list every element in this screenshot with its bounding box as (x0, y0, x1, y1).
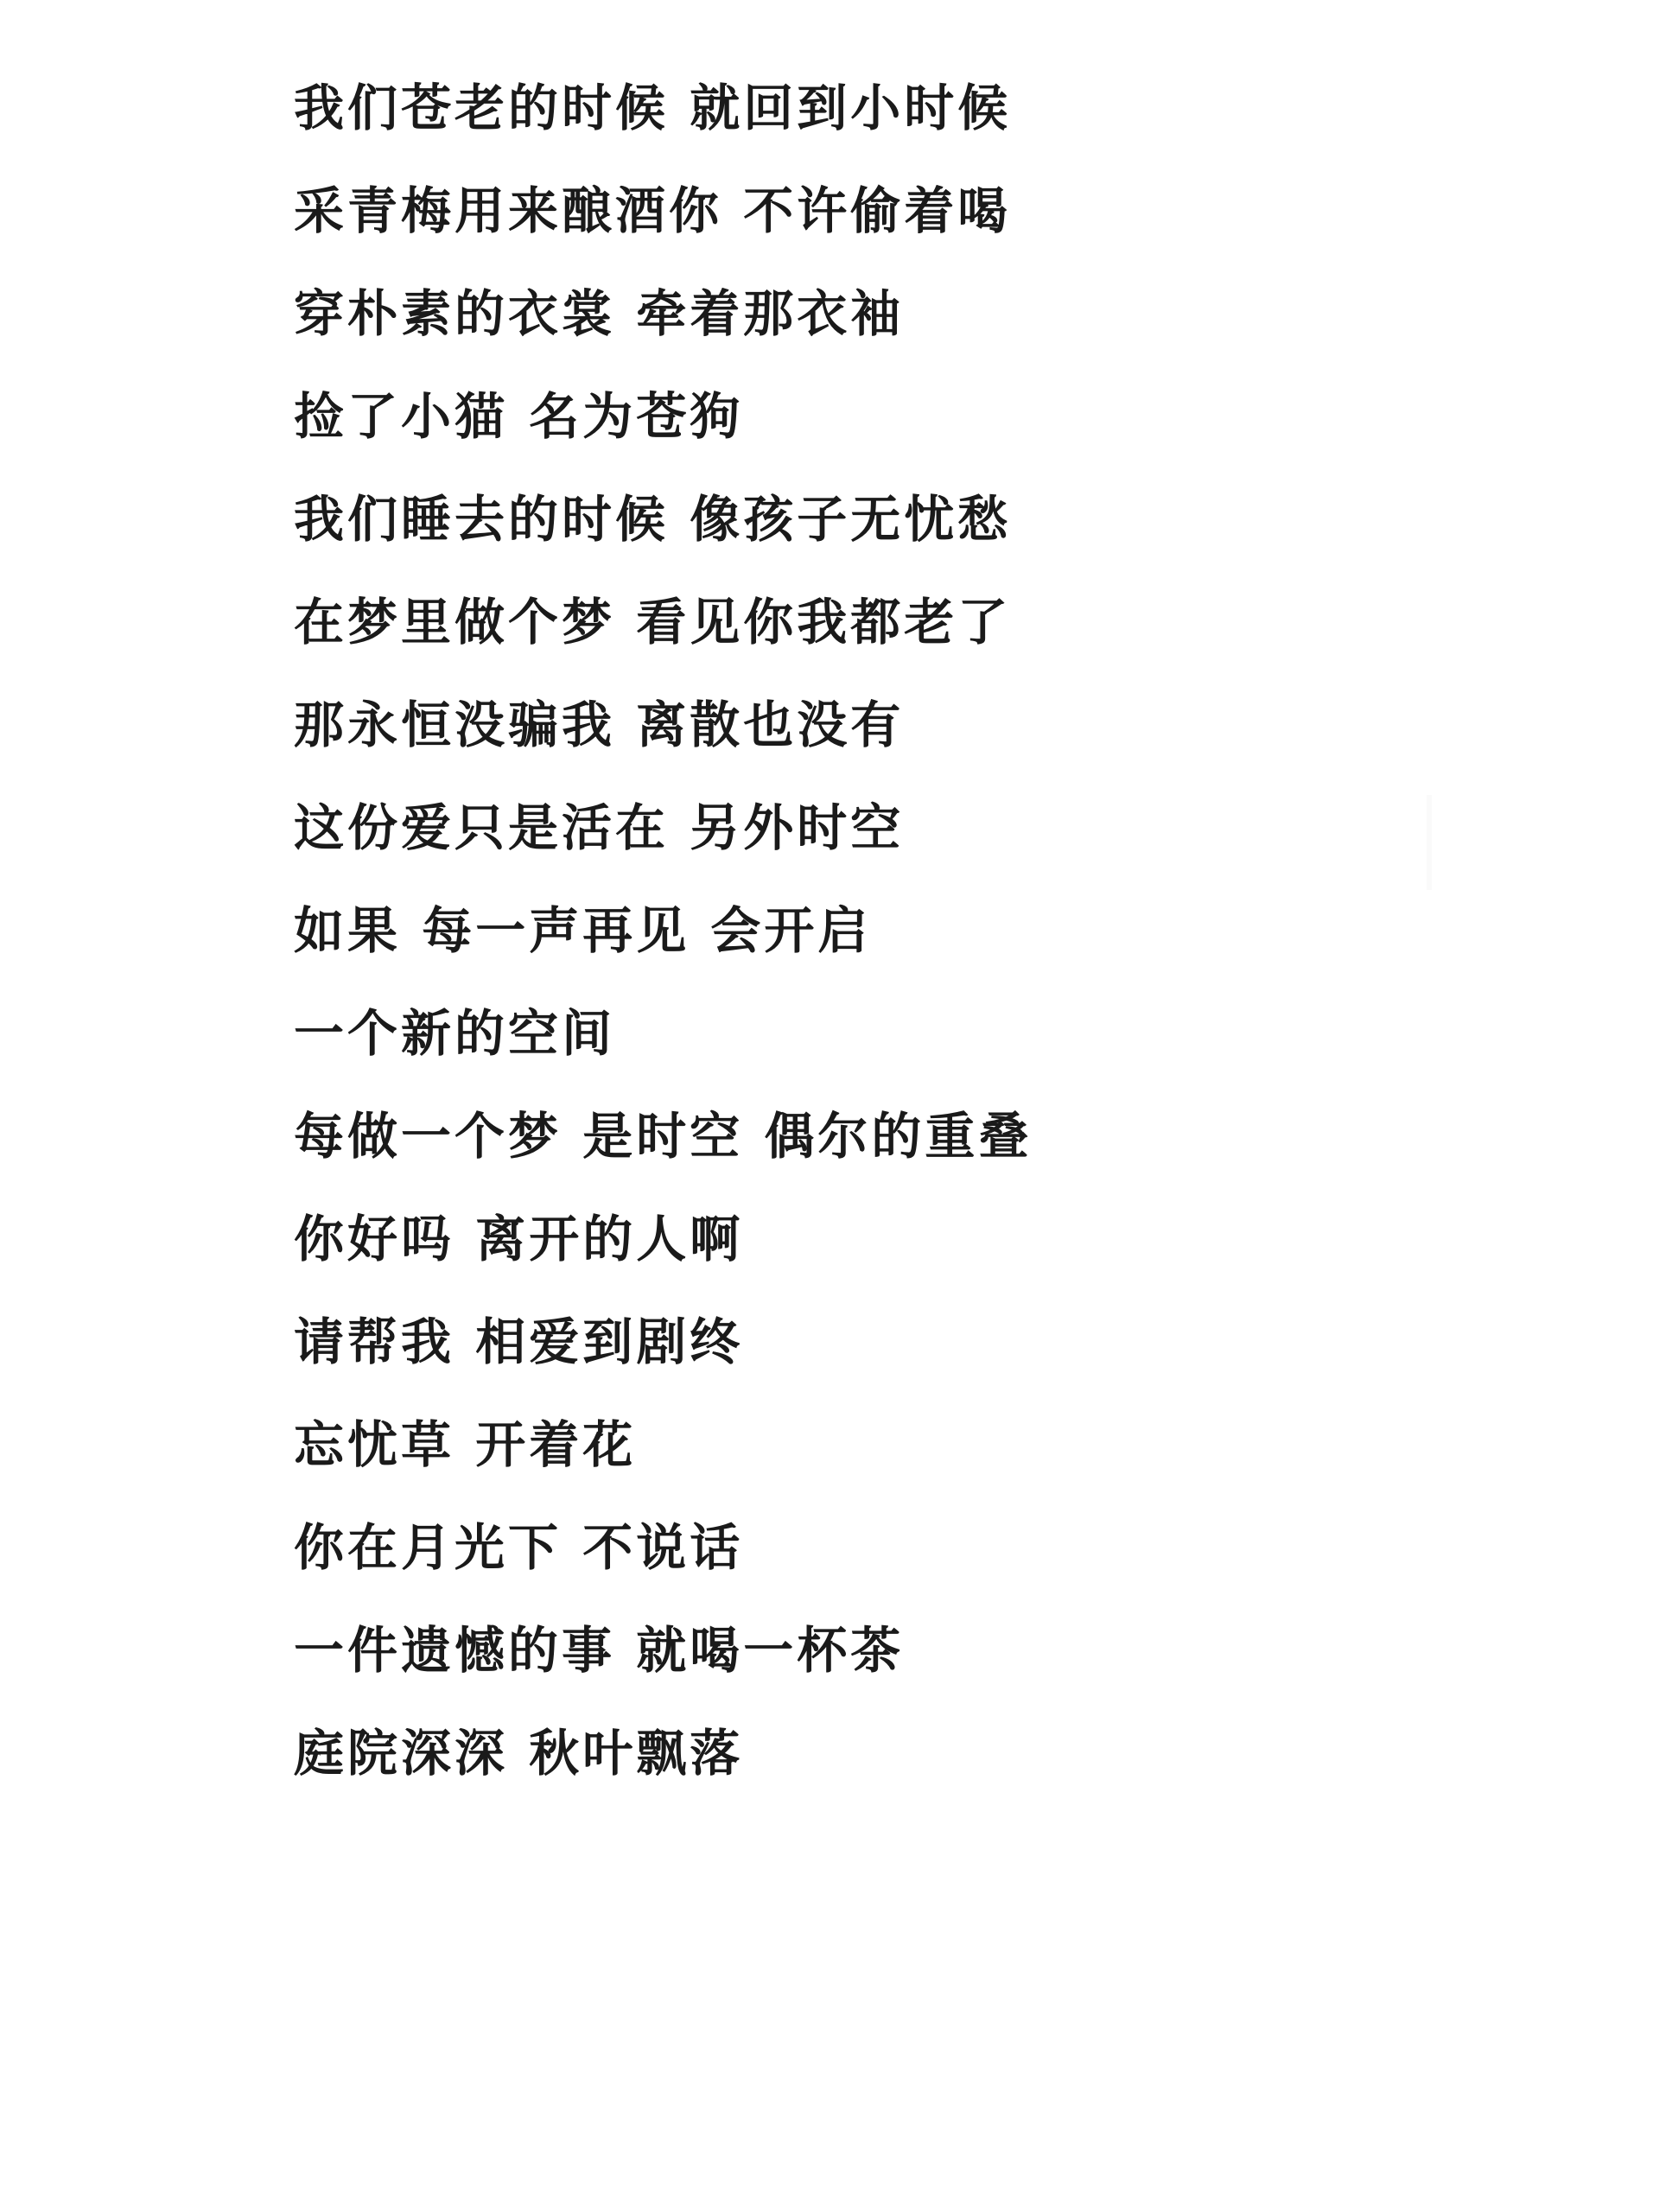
lyric-line: 那永恒没骗我 离散也没有 (294, 674, 1032, 777)
lyric-line: 你好吗 离开的人啊 (294, 1188, 1032, 1291)
scan-artifact (1427, 795, 1432, 890)
lyric-line: 捡了小猫 名为苍狗 (294, 365, 1032, 468)
lyric-line: 穿朴素的衣裳 牵着那衣袖 (294, 263, 1032, 365)
lyric-line: 在梦里做个梦 看见你我都老了 (294, 571, 1032, 674)
lyric-line: 如果 每一声再见 会开启 (294, 880, 1032, 982)
lyric-line: 庭院深深 秋叶飘落 (294, 1702, 1032, 1805)
lyric-line: 请帮我 相爱到剧终 (294, 1291, 1032, 1394)
lyric-line: 这份爱只是活在 另外时空 (294, 777, 1032, 880)
lyric-line: 我们睡去的时候 像孩子无忧愁 (294, 468, 1032, 571)
lyric-line: 你在月光下 不说话 (294, 1497, 1032, 1599)
lyric-line: 一件遗憾的事 就喝一杯茶 (294, 1599, 1032, 1702)
lyric-line: 一个新的空间 (294, 982, 1032, 1085)
lyrics-page: 我们苍老的时候 就回到小时候 采青梅用来酿酒你 不许偷着喝 穿朴素的衣裳 牵着那… (0, 0, 1659, 2212)
lyrics-text-block: 我们苍老的时候 就回到小时候 采青梅用来酿酒你 不许偷着喝 穿朴素的衣裳 牵着那… (294, 57, 1032, 1805)
lyric-line: 每做一个梦 是时空 偶尔的重叠 (294, 1085, 1032, 1188)
lyric-line: 采青梅用来酿酒你 不许偷着喝 (294, 160, 1032, 263)
lyric-line: 我们苍老的时候 就回到小时候 (294, 57, 1032, 160)
lyric-line: 忘忧草 开着花 (294, 1394, 1032, 1497)
